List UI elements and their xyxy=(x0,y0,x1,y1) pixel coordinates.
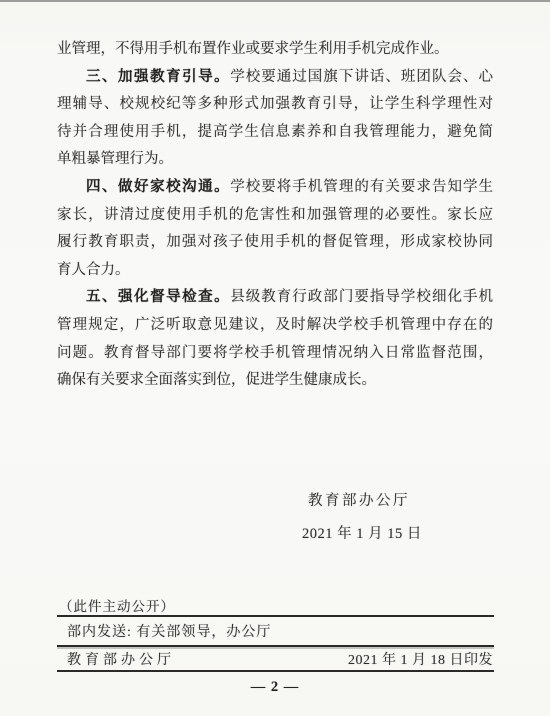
page-number: — 2 — xyxy=(0,679,550,696)
body-line: 育人合力。 xyxy=(57,257,493,285)
body-line: 问题。教育督导部门要将学校手机管理情况纳入日常监督范围， xyxy=(57,340,493,368)
distribution-line: 部内发送: 有关部领导，办公厅 xyxy=(67,621,271,641)
body-text-run: 理辅导、校规校纪等多种形式加强教育引导，让学生科学理性对 xyxy=(57,96,493,112)
footer-divider-middle xyxy=(57,645,494,647)
body-line: 确保有关要求全面落实到位，促进学生健康成长。 xyxy=(57,367,493,395)
body-line: 待并合理使用手机，提高学生信息素养和自我管理能力，避免简 xyxy=(57,119,493,147)
body-line: 管理规定，广泛听取意见建议，及时解决学校手机管理中存在的 xyxy=(57,312,493,340)
issuer-organization: 教育部办公厅 xyxy=(67,649,175,669)
body-line: 履行教育职责，加强对孩子使用手机的督促管理，形成家校协同 xyxy=(57,229,493,257)
body-text-run: 家长，讲清过度使用手机的危害性和加强管理的必要性。家长应 xyxy=(57,207,493,223)
body-line: 单粗暴管理行为。 xyxy=(57,146,493,174)
body-text-run: 县级教育行政部门要指导学校细化手机 xyxy=(230,289,493,305)
section-heading: 四、做好家校沟通。 xyxy=(86,179,230,195)
body-text-run: 待并合理使用手机，提高学生信息素养和自我管理能力，避免简 xyxy=(57,124,493,140)
issuer-row: 教育部办公厅 2021 年 1 月 18 日印发 xyxy=(67,649,493,669)
body-line: 四、做好家校沟通。学校要将手机管理的有关要求告知学生 xyxy=(57,174,493,202)
body-line: 业管理，不得用手机布置作业或要求学生利用手机完成作业。 xyxy=(57,36,493,64)
section-heading: 五、强化督导检查。 xyxy=(86,289,230,305)
body-text-run: 单粗暴管理行为。 xyxy=(57,151,173,167)
body-text-run: 履行教育职责，加强对孩子使用手机的督促管理，形成家校协同 xyxy=(57,234,493,250)
body-text-run: 确保有关要求全面落实到位，促进学生健康成长。 xyxy=(57,372,376,388)
footer-divider-top xyxy=(57,615,494,617)
body-text-run: 业管理，不得用手机布置作业或要求学生利用手机完成作业。 xyxy=(57,41,449,57)
signature-date: 2021 年 1 月 15 日 xyxy=(302,522,422,543)
body-line: 理辅导、校规校纪等多种形式加强教育引导，让学生科学理性对 xyxy=(57,91,493,119)
disclosure-note: （此件主动公开） xyxy=(59,595,175,615)
body-line: 三、加强教育引导。学校要通过国旗下讲话、班团队会、心 xyxy=(57,64,493,92)
footer-divider-bottom xyxy=(57,670,494,672)
signature-organization: 教育部办公厅 xyxy=(308,489,410,510)
body-line: 家长，讲清过度使用手机的危害性和加强管理的必要性。家长应 xyxy=(57,202,493,230)
scanned-document-page: 业管理，不得用手机布置作业或要求学生利用手机完成作业。三、加强教育引导。学校要通… xyxy=(0,0,550,716)
body-line: 五、强化督导检查。县级教育行政部门要指导学校细化手机 xyxy=(57,284,493,312)
scan-artifact-top-edge xyxy=(0,0,550,2)
body-text-run: 学校要将手机管理的有关要求告知学生 xyxy=(230,179,493,195)
print-date: 2021 年 1 月 18 日印发 xyxy=(348,649,493,669)
body-text-run: 问题。教育督导部门要将学校手机管理情况纳入日常监督范围， xyxy=(57,345,493,361)
body-text-run: 学校要通过国旗下讲话、班团队会、心 xyxy=(230,69,493,85)
body-text-run: 管理规定，广泛听取意见建议，及时解决学校手机管理中存在的 xyxy=(57,317,493,333)
section-heading: 三、加强教育引导。 xyxy=(86,69,230,85)
body-text: 业管理，不得用手机布置作业或要求学生利用手机完成作业。三、加强教育引导。学校要通… xyxy=(57,36,493,395)
body-text-run: 育人合力。 xyxy=(57,262,130,278)
